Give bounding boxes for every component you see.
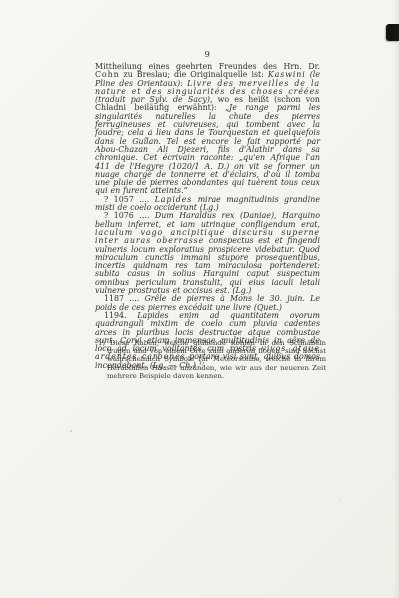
scanned-book-page: 9 Mittheilung eines geehrten Freundes de… bbox=[0, 0, 399, 598]
scan-speck bbox=[340, 500, 342, 501]
page-text: Mittheilung eines geehrten Freundes des … bbox=[95, 63, 320, 370]
footnote: 1) Diese Raben, welche glühende Kohlen i… bbox=[98, 339, 326, 380]
footnote-marker: 1) bbox=[98, 339, 105, 347]
paragraph: Mittheilung eines geehrten Freundes des … bbox=[95, 63, 320, 196]
paragraph: 1187 .... Grêle de pierres à Mons le 30.… bbox=[95, 295, 320, 312]
text-segment: „Je range parmi les singularités naturel… bbox=[95, 103, 320, 195]
scan-speck bbox=[70, 430, 72, 432]
text-segment: conspectus est et fingendi vulneris locu… bbox=[95, 236, 320, 295]
page-number: 9 bbox=[95, 50, 320, 60]
paragraph: ? 1076 .... Dum Haraldus rex (Daniae), H… bbox=[95, 212, 320, 295]
paragraph: ? 1057 .... Lapides mirae magnitudinis g… bbox=[95, 196, 320, 213]
footnote-text: Diese Raben, welche glühende Kohlen in d… bbox=[107, 339, 326, 380]
page-edge-shading bbox=[393, 0, 399, 598]
